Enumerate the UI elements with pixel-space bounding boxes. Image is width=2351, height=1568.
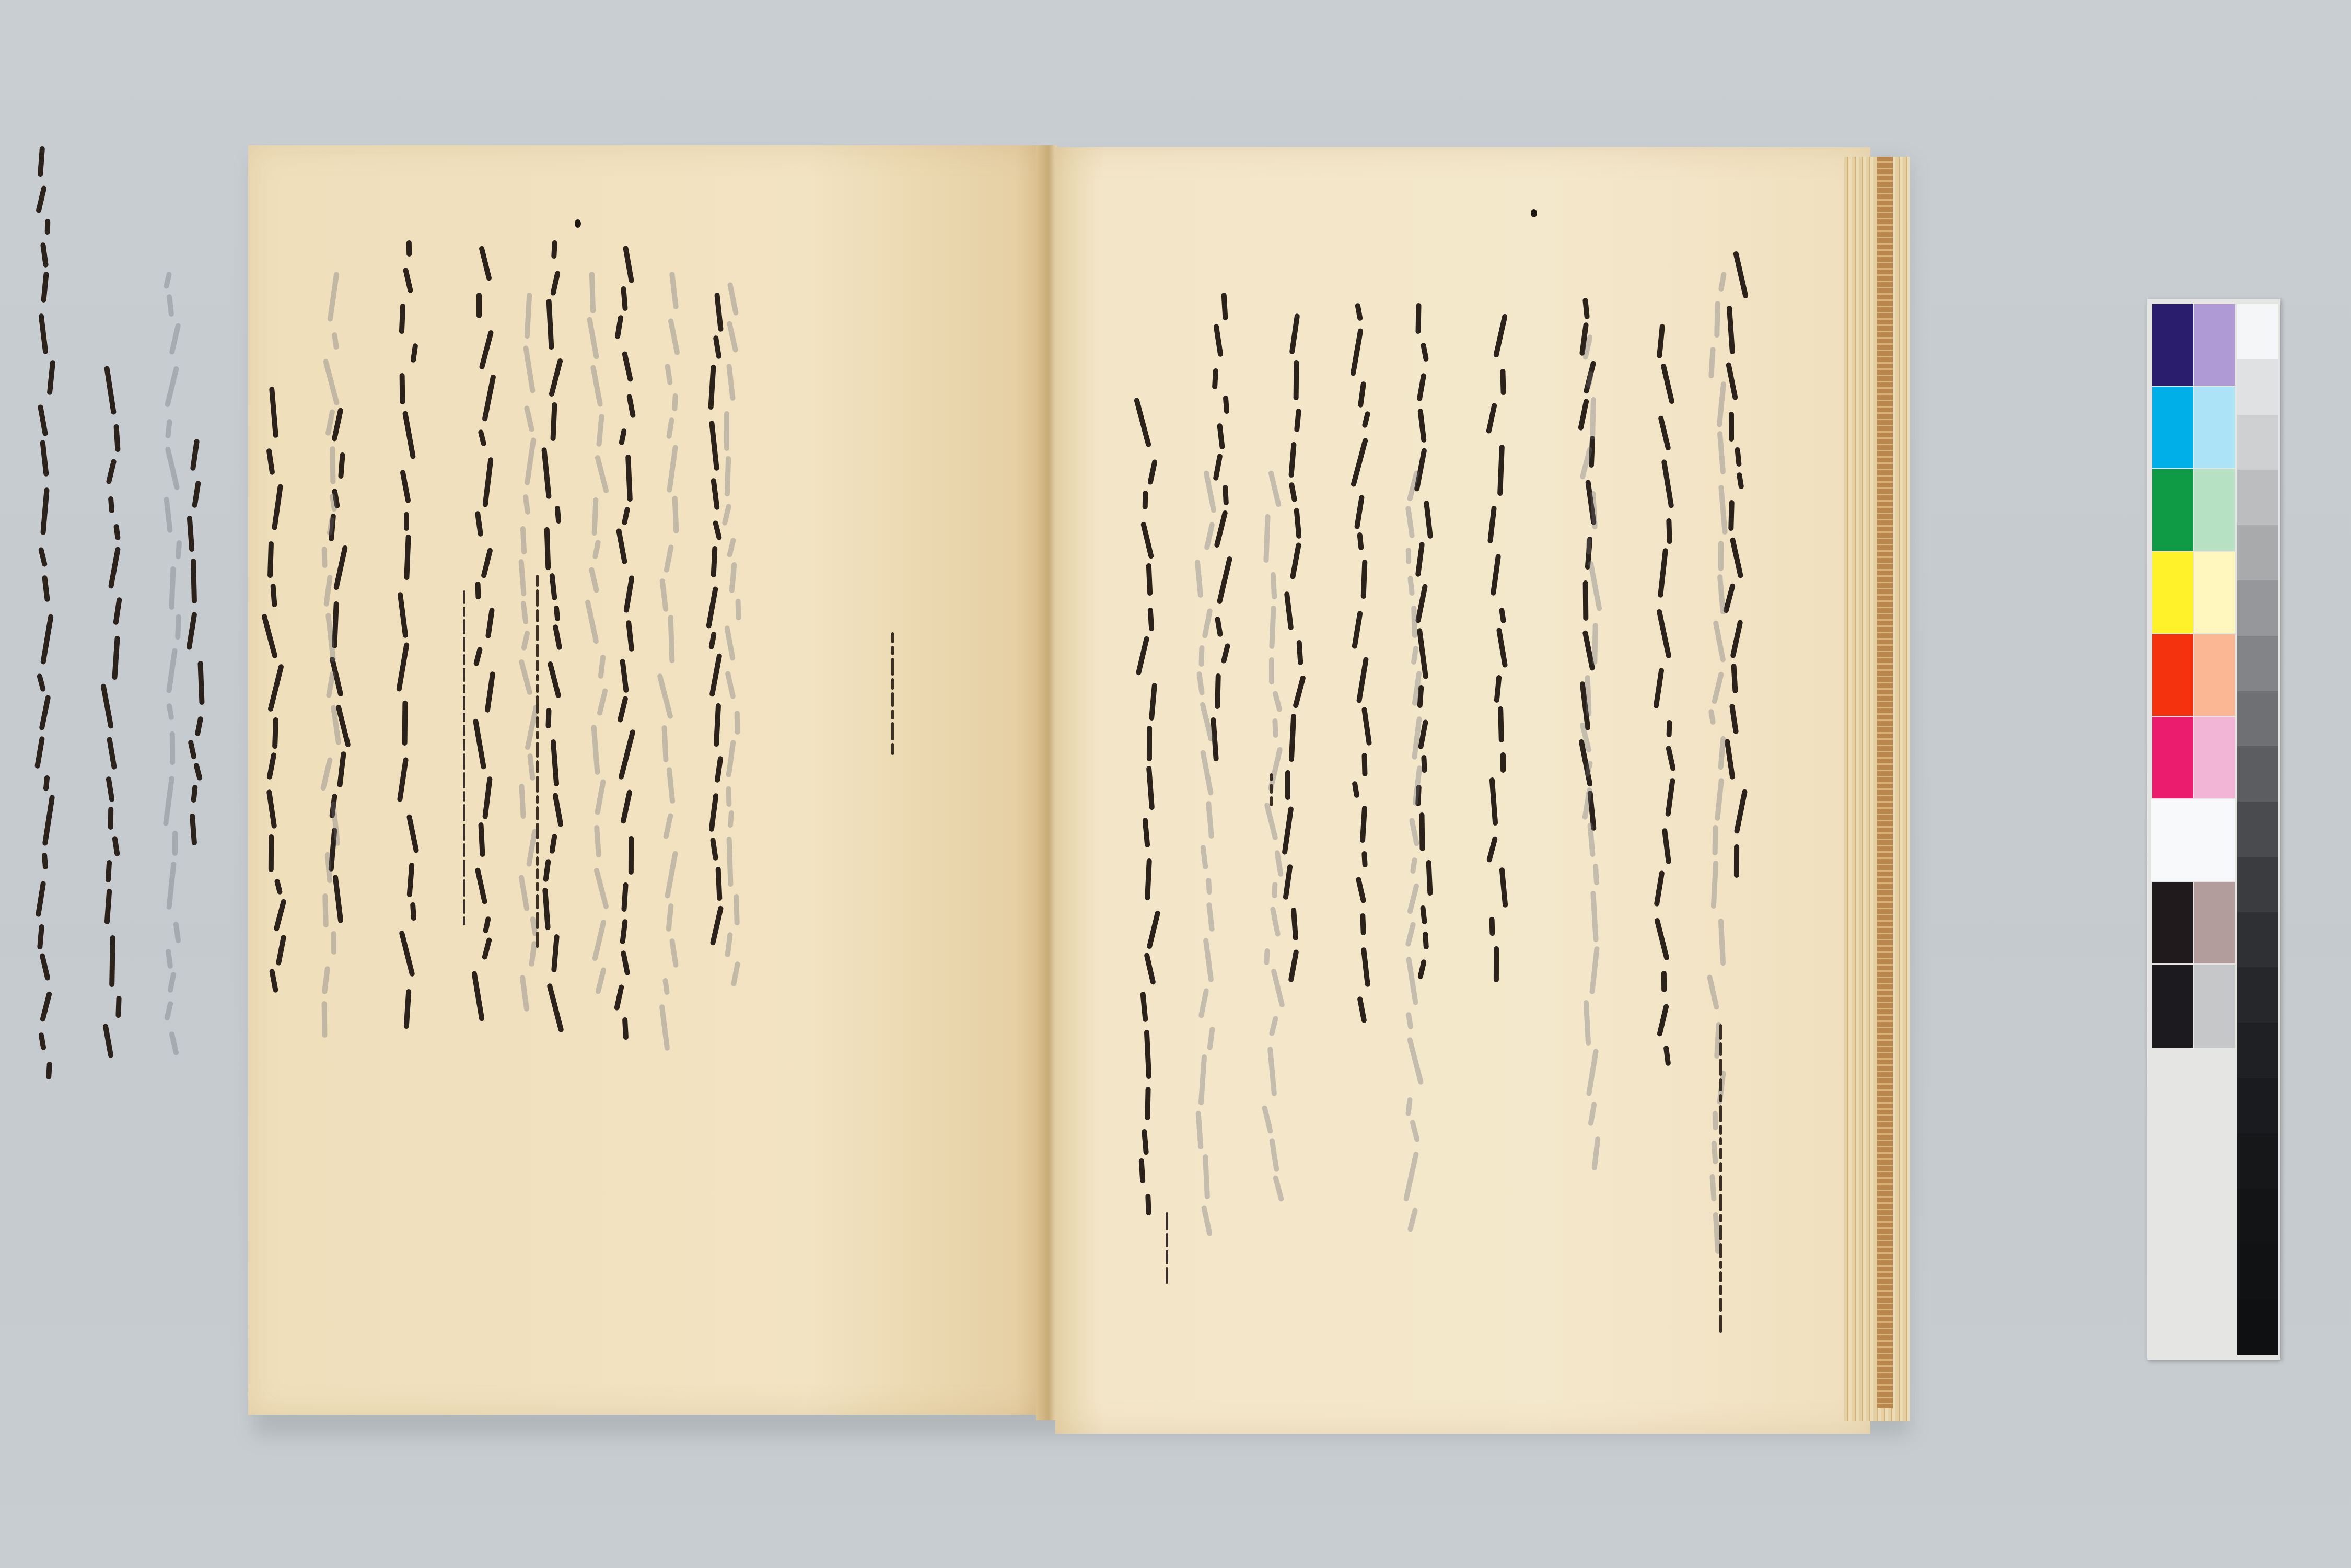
brush-stroke xyxy=(322,1001,328,1038)
brush-stroke xyxy=(331,931,336,955)
brush-stroke xyxy=(726,740,736,778)
color-patch xyxy=(2152,965,2193,1048)
brush-stroke xyxy=(1719,1175,1722,1191)
show-through-text-column xyxy=(1191,470,1221,1254)
brush-stroke xyxy=(588,567,599,594)
brush-stroke xyxy=(1715,778,1724,821)
brush-stroke xyxy=(320,757,333,792)
brush-stroke xyxy=(666,417,674,439)
brush-stroke xyxy=(725,671,736,700)
handwritten-text-column xyxy=(1484,313,1514,982)
brush-stroke xyxy=(520,601,529,625)
handwritten-text-column xyxy=(261,387,292,993)
white-patch xyxy=(2151,799,2235,881)
brush-stroke xyxy=(1273,1175,1285,1202)
brush-stroke xyxy=(1294,360,1299,400)
color-patch xyxy=(2152,387,2193,468)
brush-stroke xyxy=(1207,1027,1215,1051)
brush-stroke xyxy=(1358,381,1367,408)
brush-stroke xyxy=(668,615,674,663)
brush-stroke xyxy=(1718,541,1724,571)
brush-stroke xyxy=(536,575,539,587)
brush-stroke xyxy=(1357,996,1367,1024)
brush-stroke xyxy=(1293,675,1306,708)
handwritten-text-column xyxy=(1134,397,1164,1233)
brush-stroke xyxy=(1356,657,1369,703)
brush-stroke xyxy=(40,440,49,477)
brush-stroke xyxy=(1405,506,1415,539)
brush-stroke xyxy=(165,419,172,439)
brush-stroke xyxy=(40,487,50,536)
brush-stroke xyxy=(1135,636,1149,676)
interlinear-annotation xyxy=(1267,773,1276,805)
show-through-text-column xyxy=(1400,470,1430,1254)
brush-stroke xyxy=(598,655,606,679)
brush-stroke xyxy=(42,575,50,602)
brush-stroke xyxy=(596,414,604,447)
brush-stroke xyxy=(397,592,408,638)
brush-stroke xyxy=(621,882,629,912)
brush-stroke xyxy=(1361,753,1367,776)
brush-stroke xyxy=(725,456,731,496)
brush-stroke xyxy=(400,470,411,504)
brush-stroke xyxy=(521,630,530,651)
brush-stroke xyxy=(1200,845,1208,870)
brush-stroke xyxy=(1500,369,1506,395)
brush-stroke xyxy=(269,834,274,872)
brush-stroke xyxy=(463,804,465,821)
brush-stroke xyxy=(623,575,635,613)
brush-stroke xyxy=(1351,437,1368,487)
brush-stroke xyxy=(551,934,560,973)
brush-stroke xyxy=(1146,910,1160,949)
brush-stroke xyxy=(1719,1285,1722,1295)
brush-stroke xyxy=(536,589,539,607)
brush-stroke xyxy=(1138,1158,1145,1184)
brush-stroke xyxy=(482,457,494,508)
brush-stroke xyxy=(665,363,673,385)
brush-stroke xyxy=(274,878,283,895)
brush-stroke xyxy=(1269,1138,1279,1172)
brush-stroke xyxy=(1411,645,1418,665)
brush-stroke xyxy=(1206,878,1212,895)
brush-stroke xyxy=(1497,445,1505,496)
brush-stroke xyxy=(191,559,197,603)
brush-stroke xyxy=(1658,548,1668,598)
brush-stroke xyxy=(536,912,539,929)
brush-stroke xyxy=(1410,1119,1421,1142)
gray-scale-step xyxy=(2237,470,2278,526)
brush-stroke xyxy=(485,608,495,639)
brush-stroke xyxy=(585,599,599,644)
brush-stroke xyxy=(1733,251,1749,299)
brush-stroke xyxy=(43,775,50,792)
gray-scale-step xyxy=(2237,857,2278,913)
brush-stroke xyxy=(396,642,410,692)
brush-stroke xyxy=(1144,953,1156,985)
brush-stroke xyxy=(167,971,177,993)
brush-stroke xyxy=(1735,447,1742,467)
brush-stroke xyxy=(106,459,117,485)
brush-stroke xyxy=(1407,1037,1424,1085)
brush-stroke xyxy=(1134,397,1152,447)
gray-scale-step xyxy=(2237,912,2278,968)
interlinear-annotation xyxy=(1716,1024,1726,1327)
brush-stroke xyxy=(1586,1049,1599,1096)
brush-stroke xyxy=(463,791,465,802)
brush-stroke xyxy=(1140,521,1155,559)
brush-stroke xyxy=(482,776,493,820)
brush-stroke xyxy=(1148,608,1155,632)
brush-stroke xyxy=(463,654,465,665)
brush-stroke xyxy=(1202,608,1213,639)
brush-stroke xyxy=(1223,485,1229,505)
brush-stroke xyxy=(536,625,539,641)
brush-stroke xyxy=(325,409,335,436)
brush-stroke xyxy=(665,851,678,899)
brush-stroke xyxy=(536,795,539,804)
brush-stroke xyxy=(1198,1054,1207,1105)
brush-stroke xyxy=(1268,470,1282,507)
brush-stroke xyxy=(1288,442,1297,478)
brush-stroke xyxy=(40,614,54,665)
brush-stroke xyxy=(524,437,536,485)
brush-stroke xyxy=(269,968,278,993)
brush-stroke xyxy=(669,272,679,310)
brush-stroke xyxy=(1719,1271,1722,1282)
brush-stroke xyxy=(463,725,465,736)
brush-stroke xyxy=(273,899,287,932)
brush-stroke xyxy=(463,899,465,914)
brush-stroke xyxy=(622,1017,629,1040)
brush-stroke xyxy=(1589,946,1600,995)
brush-stroke xyxy=(536,731,539,739)
tint-patch xyxy=(2194,304,2235,386)
gray-scale-step xyxy=(2237,746,2278,802)
brush-stroke xyxy=(597,688,608,716)
brush-stroke xyxy=(1203,1154,1210,1199)
open-book xyxy=(248,145,1910,1431)
brush-stroke xyxy=(399,930,415,977)
brush-stroke xyxy=(731,961,741,986)
brush-stroke xyxy=(1294,409,1301,433)
brush-stroke xyxy=(1361,560,1368,599)
brush-stroke xyxy=(520,526,527,554)
brush-stroke xyxy=(167,294,174,317)
brush-stroke xyxy=(668,318,680,356)
brush-stroke xyxy=(552,793,564,828)
brush-stroke xyxy=(325,613,336,663)
brush-stroke xyxy=(549,833,557,854)
brush-stroke xyxy=(1142,1129,1149,1155)
brush-stroke xyxy=(1498,706,1504,742)
brush-stroke xyxy=(39,953,51,981)
brush-stroke xyxy=(891,743,894,755)
brush-stroke xyxy=(523,345,536,393)
color-patch xyxy=(2152,717,2193,798)
brush-stroke xyxy=(479,330,494,370)
brush-stroke xyxy=(621,286,628,311)
brush-stroke xyxy=(261,613,278,659)
brush-stroke xyxy=(176,540,182,560)
brush-stroke xyxy=(1584,760,1593,777)
brush-stroke xyxy=(536,644,539,657)
brush-stroke xyxy=(1719,1059,1722,1076)
brush-stroke xyxy=(735,711,740,735)
brush-stroke xyxy=(108,547,121,589)
brush-stroke xyxy=(38,146,45,177)
gray-scale-step xyxy=(2237,304,2278,360)
brush-stroke xyxy=(463,637,465,652)
handwritten-text-column xyxy=(99,366,130,1066)
brush-stroke xyxy=(1654,870,1665,907)
brush-stroke xyxy=(524,405,535,433)
brush-stroke xyxy=(1294,508,1301,539)
brush-stroke xyxy=(666,903,673,932)
brush-stroke xyxy=(330,802,340,846)
brush-stroke xyxy=(1587,823,1596,857)
brush-stroke xyxy=(39,695,51,731)
brush-stroke xyxy=(1718,271,1727,292)
brush-stroke xyxy=(402,411,416,459)
brush-stroke xyxy=(519,784,526,819)
show-through-text-column xyxy=(718,282,749,988)
brush-stroke xyxy=(711,546,718,577)
brush-stroke xyxy=(478,429,487,446)
brush-stroke xyxy=(169,1031,179,1055)
brush-stroke xyxy=(164,497,173,533)
brush-stroke xyxy=(891,658,894,676)
brush-stroke xyxy=(1486,403,1497,434)
brush-stroke xyxy=(1149,683,1157,721)
brush-stroke xyxy=(625,455,633,502)
brush-stroke xyxy=(483,916,491,933)
brush-stroke xyxy=(891,646,894,655)
brush-stroke xyxy=(397,757,409,803)
brush-stroke xyxy=(1274,850,1284,877)
gray-scale-step xyxy=(2237,1299,2278,1355)
brush-stroke xyxy=(536,882,539,891)
brush-stroke xyxy=(536,684,539,693)
brush-stroke xyxy=(1417,409,1427,443)
brush-stroke xyxy=(1412,716,1422,760)
brush-stroke xyxy=(404,512,409,531)
brush-stroke xyxy=(708,793,718,832)
gray-scale-step xyxy=(2237,1244,2278,1299)
brush-stroke xyxy=(1707,974,1720,1011)
brush-stroke xyxy=(1357,532,1364,551)
brush-stroke xyxy=(1719,1298,1722,1312)
brush-stroke xyxy=(536,856,539,866)
brush-stroke xyxy=(891,722,894,740)
brush-stroke xyxy=(1221,293,1228,320)
brush-stroke xyxy=(1267,1047,1277,1097)
brush-stroke xyxy=(1666,745,1676,771)
brush-stroke xyxy=(1360,913,1366,935)
brush-stroke xyxy=(1200,750,1214,796)
brush-stroke xyxy=(1407,576,1415,596)
brush-stroke xyxy=(476,293,482,318)
brush-stroke xyxy=(1166,1250,1168,1264)
brush-stroke xyxy=(672,393,678,411)
interlinear-annotation xyxy=(1162,1212,1172,1275)
brush-stroke xyxy=(402,701,408,746)
brush-stroke xyxy=(481,548,493,579)
brush-stroke xyxy=(1354,495,1365,530)
brush-stroke xyxy=(595,455,609,494)
brush-stroke xyxy=(34,736,45,769)
brush-stroke xyxy=(484,671,495,713)
brush-stroke xyxy=(463,879,465,897)
brush-stroke xyxy=(725,932,733,958)
brush-stroke xyxy=(1719,1105,1722,1122)
brush-stroke xyxy=(463,619,465,634)
brush-stroke xyxy=(729,562,737,594)
brush-stroke xyxy=(727,282,739,316)
brush-stroke xyxy=(554,506,561,524)
brush-stroke xyxy=(1489,777,1498,826)
handwritten-text-column xyxy=(1651,324,1681,1066)
brush-stroke xyxy=(1718,919,1726,966)
brush-stroke xyxy=(1717,431,1726,475)
brush-stroke xyxy=(618,729,636,780)
brush-stroke xyxy=(1486,836,1498,863)
brush-stroke xyxy=(1660,363,1675,404)
brush-stroke xyxy=(36,881,46,917)
brush-stroke xyxy=(1416,373,1426,402)
gray-scale-step xyxy=(2237,967,2278,1023)
brush-stroke xyxy=(590,365,603,407)
brush-stroke xyxy=(591,497,598,536)
brush-stroke xyxy=(330,446,336,484)
brush-stroke xyxy=(46,1062,52,1080)
brush-stroke xyxy=(193,762,203,781)
brush-stroke xyxy=(1489,917,1495,936)
brush-stroke xyxy=(1144,1030,1152,1079)
brush-stroke xyxy=(536,894,539,909)
brush-stroke xyxy=(473,718,487,770)
brush-stroke xyxy=(1217,423,1225,450)
brush-stroke xyxy=(1491,554,1502,596)
brush-stroke xyxy=(1494,946,1499,982)
brush-stroke xyxy=(1355,877,1366,904)
brush-stroke xyxy=(547,661,562,699)
brush-stroke xyxy=(1361,947,1370,988)
brush-stroke xyxy=(592,919,607,961)
brush-stroke xyxy=(549,358,563,397)
brush-stroke xyxy=(463,824,465,841)
brush-stroke xyxy=(1734,789,1748,834)
brush-stroke xyxy=(1654,917,1670,961)
brush-stroke xyxy=(1142,818,1150,848)
interlinear-annotation xyxy=(888,632,898,752)
show-through-text-column xyxy=(656,272,686,1055)
brush-stroke xyxy=(724,625,736,661)
brush-stroke xyxy=(1409,818,1420,847)
brush-stroke xyxy=(536,823,539,839)
brush-stroke xyxy=(327,272,339,322)
brush-stroke xyxy=(1195,1111,1203,1150)
brush-stroke xyxy=(406,240,412,257)
show-through-text-column xyxy=(159,272,190,1055)
brush-stroke xyxy=(322,893,329,927)
brush-stroke xyxy=(891,710,894,719)
brush-stroke xyxy=(662,978,670,995)
brush-stroke xyxy=(191,785,198,803)
brush-stroke xyxy=(1199,645,1205,667)
brush-stroke xyxy=(163,776,175,826)
brush-stroke xyxy=(1717,381,1727,428)
brush-stroke xyxy=(1406,548,1411,564)
brush-stroke xyxy=(545,708,551,728)
brush-stroke xyxy=(321,547,327,568)
brush-stroke xyxy=(113,524,121,540)
brush-stroke xyxy=(1714,301,1720,338)
gray-scale-step xyxy=(2237,1133,2278,1189)
brush-stroke xyxy=(1717,574,1726,615)
brush-stroke xyxy=(108,807,114,830)
brush-stroke xyxy=(1579,447,1593,480)
brush-stroke xyxy=(463,713,465,722)
brush-stroke xyxy=(1361,707,1372,746)
brush-stroke xyxy=(1145,1087,1150,1120)
brush-stroke xyxy=(166,862,177,910)
brush-stroke xyxy=(1220,643,1230,664)
brush-stroke xyxy=(1584,1000,1591,1046)
brush-stroke xyxy=(724,411,729,451)
brush-stroke xyxy=(166,949,173,969)
brush-stroke xyxy=(536,716,539,728)
brush-stroke xyxy=(1203,938,1214,983)
brush-stroke xyxy=(595,779,606,816)
tint-patch xyxy=(2194,552,2235,633)
brush-stroke xyxy=(175,614,181,640)
brush-stroke xyxy=(536,742,539,758)
brush-stroke xyxy=(1410,857,1417,874)
brush-stroke xyxy=(1708,708,1716,725)
brush-stroke xyxy=(40,991,52,1023)
brush-stroke xyxy=(1407,883,1419,915)
gray-scale-step xyxy=(2237,359,2278,415)
brush-stroke xyxy=(551,739,560,786)
brush-stroke xyxy=(473,646,483,666)
brush-stroke xyxy=(726,364,736,401)
tint-patch xyxy=(2194,387,2235,468)
brush-stroke xyxy=(169,566,176,610)
left-page xyxy=(248,145,1048,1415)
brush-stroke xyxy=(1407,1207,1418,1232)
brush-stroke xyxy=(1361,851,1368,868)
brush-stroke xyxy=(1494,675,1502,703)
brush-stroke xyxy=(1713,620,1726,663)
brush-stroke xyxy=(587,317,599,359)
brush-stroke xyxy=(463,739,465,751)
brush-stroke xyxy=(475,867,488,904)
show-through-text-column xyxy=(583,272,613,1003)
brush-stroke xyxy=(1582,787,1592,820)
brush-stroke xyxy=(1262,1105,1274,1134)
brush-stroke xyxy=(1360,806,1367,843)
brush-stroke xyxy=(669,938,679,968)
right-page xyxy=(1055,147,1870,1434)
brush-stroke xyxy=(463,684,465,693)
brush-stroke xyxy=(621,506,630,525)
brush-stroke xyxy=(1590,891,1599,942)
gray-scale-step xyxy=(2237,580,2278,636)
brush-stroke xyxy=(1412,765,1422,806)
brush-stroke xyxy=(404,989,412,1029)
brush-stroke xyxy=(1719,1315,1722,1333)
